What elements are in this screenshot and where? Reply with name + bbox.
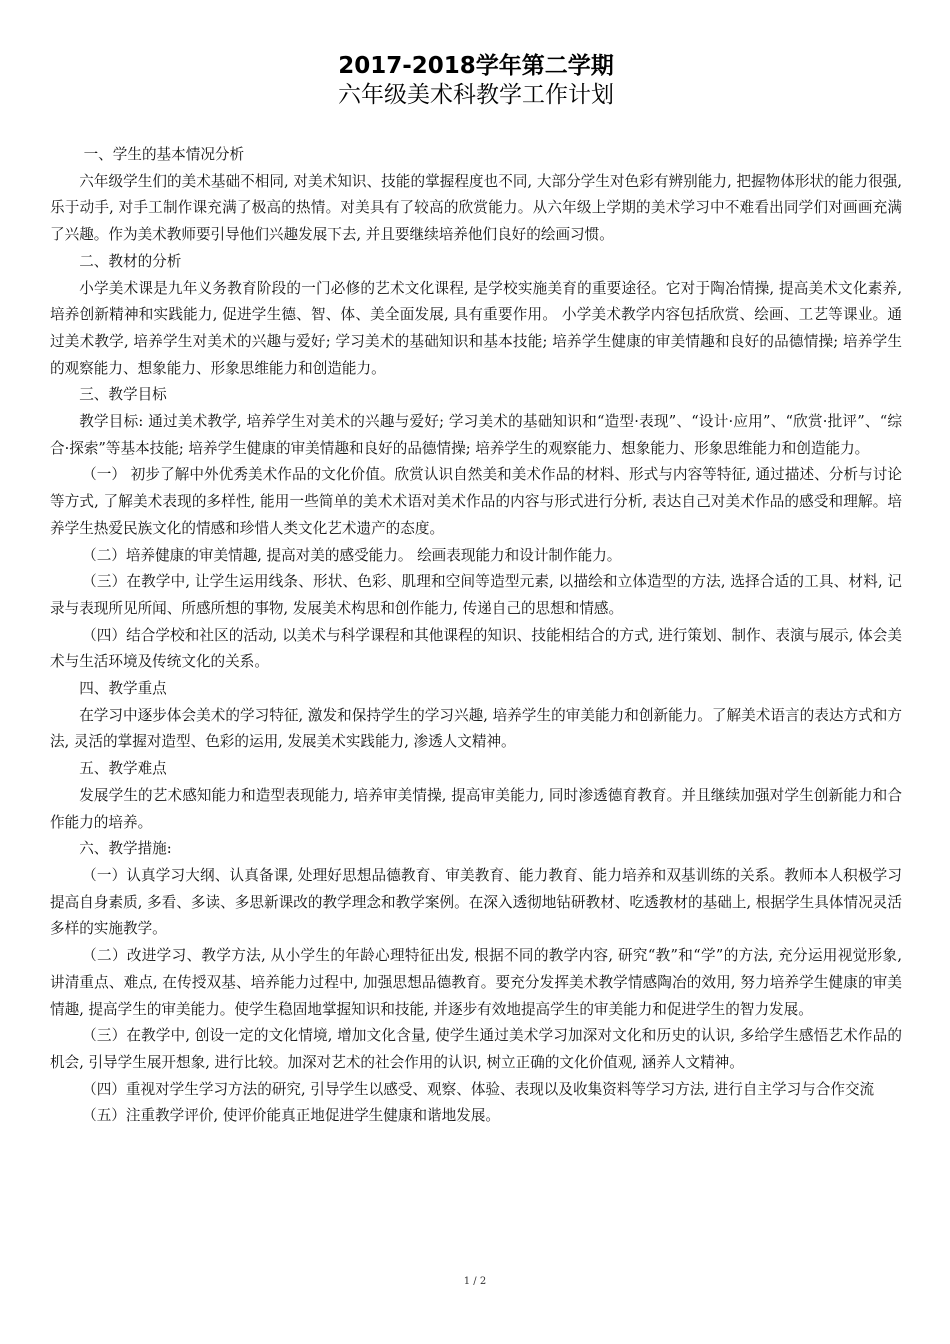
measure-item: （五）注重教学评价, 使评价能真正地促进学生健康和谐地发展。 (50, 1103, 902, 1130)
measure-item: （二）改进学习、教学方法, 从小学生的年龄心理特征出发, 根据不同的教学内容, … (50, 943, 902, 1023)
measure-item: （一）认真学习大纲、认真备课, 处理好思想品德教育、审美教育、能力教育、能力培养… (50, 863, 902, 943)
measure-item: （三）在教学中, 创设一定的文化情境, 增加文化含量, 使学生通过美术学习加深对… (50, 1023, 902, 1076)
section-heading-measures: 六、教学措施: (50, 836, 902, 863)
paragraph: 小学美术课是九年义务教育阶段的一门必修的艺术文化课程, 是学校实施美育的重要途径… (50, 276, 902, 383)
document-body: 一、学生的基本情况分析 六年级学生们的美术基础不相同, 对美术知识、技能的掌握程… (50, 142, 902, 1130)
paragraph: 发展学生的艺术感知能力和造型表现能力, 培养审美情操, 提高审美能力, 同时渗透… (50, 783, 902, 836)
section-heading-difficulties: 五、教学难点 (50, 756, 902, 783)
section-heading-textbook-analysis: 二、教材的分析 (50, 249, 902, 276)
paragraph: 教学目标: 通过美术教学, 培养学生对美术的兴趣与爱好; 学习美术的基础知识和“… (50, 409, 902, 462)
paragraph: 在学习中逐步体会美术的学习特征, 激发和保持学生的学习兴趣, 培养学生的审美能力… (50, 703, 902, 756)
document-title: 2017-2018学年第二学期 六年级美术科教学工作计划 (50, 52, 902, 110)
page-number: 1 / 2 (0, 1276, 950, 1287)
goal-item: （一） 初步了解中外优秀美术作品的文化价值。欣赏认识自然美和美术作品的材料、形式… (50, 462, 902, 542)
section-heading-student-analysis: 一、学生的基本情况分析 (50, 142, 902, 169)
title-term: 2017-2018学年第二学期 (50, 52, 902, 81)
goal-item: （二）培养健康的审美情趣, 提高对美的感受能力。 绘画表现能力和设计制作能力。 (50, 543, 902, 570)
document-page: 2017-2018学年第二学期 六年级美术科教学工作计划 一、学生的基本情况分析… (50, 52, 902, 1130)
title-plan-name: 六年级美术科教学工作计划 (50, 81, 902, 110)
section-heading-teaching-goals: 三、教学目标 (50, 382, 902, 409)
goal-item: （四）结合学校和社区的活动, 以美术与科学课程和其他课程的知识、技能相结合的方式… (50, 623, 902, 676)
paragraph: 六年级学生们的美术基础不相同, 对美术知识、技能的掌握程度也不同, 大部分学生对… (50, 169, 902, 249)
section-heading-key-points: 四、教学重点 (50, 676, 902, 703)
measure-item: （四）重视对学生学习方法的研究, 引导学生以感受、观察、体验、表现以及收集资料等… (50, 1077, 902, 1104)
goal-item: （三）在教学中, 让学生运用线条、形状、色彩、肌理和空间等造型元素, 以描绘和立… (50, 569, 902, 622)
